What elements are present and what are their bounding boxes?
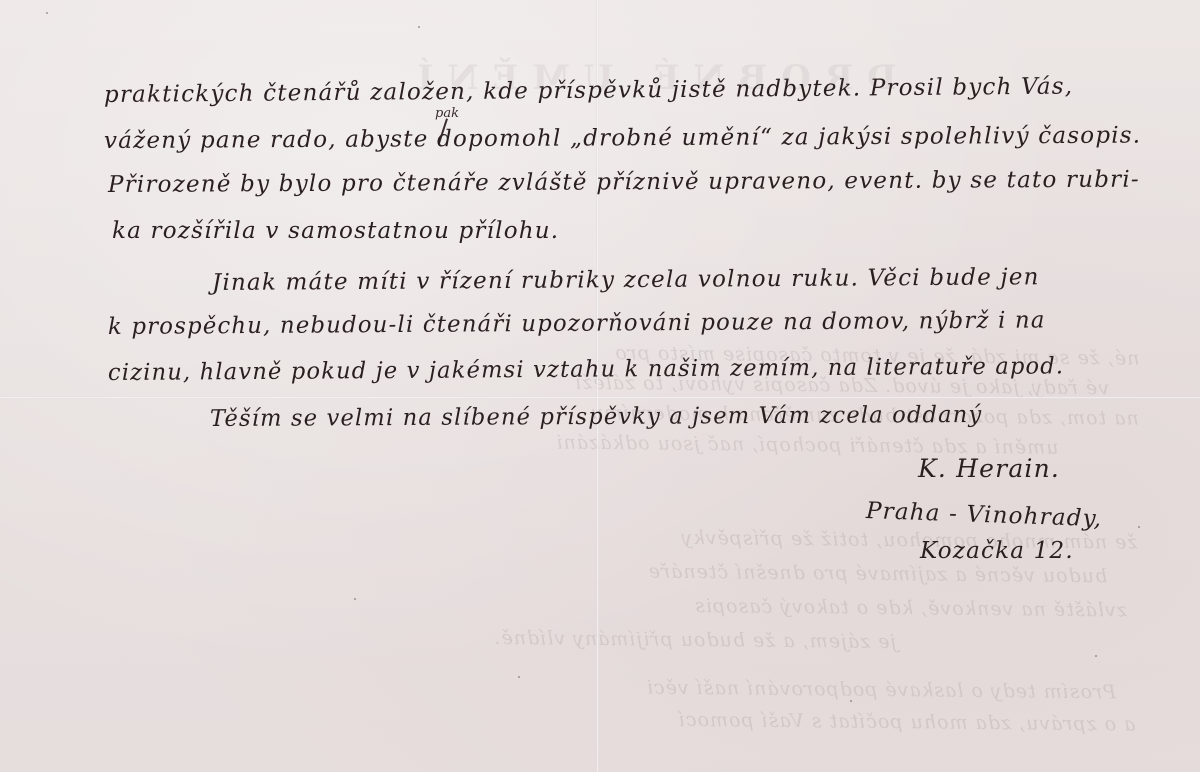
bleed-line: a o zprávu, zda mohu počítat s Vaší pomo…: [678, 709, 1136, 736]
paper-speck: [1095, 655, 1097, 657]
letter-line-2: vážený pane rado, abyste dopomohl „drobn…: [104, 123, 1141, 154]
bleed-line: zvláště na venkově, kde o takový časopis: [694, 595, 1127, 622]
address-line-1: Praha - Vinohrady,: [866, 498, 1103, 532]
address-line-2: Kozačka 12.: [920, 538, 1074, 564]
letter-line-4: ka rozšířila v samostatnou přílohu.: [112, 218, 559, 244]
paper-speck: [850, 700, 852, 702]
reverse-side-bleed-through: né, že se mi zdá, že je v tomto časopise…: [0, 294, 1200, 307]
letter-line-8: Těším se velmi na slíbené příspěvky a js…: [210, 402, 982, 432]
bleed-line: je zájem, a že budou přijímány vlídně.: [493, 627, 896, 653]
letter-line-5: Jinak máte míti v řízení rubriky zcela v…: [212, 264, 1040, 296]
signature: K. Herain.: [918, 454, 1060, 483]
bleed-line: Prosím tedy o laskavé podporování naší v…: [646, 677, 1116, 704]
horizontal-fold-line: [0, 396, 1200, 399]
vertical-fold-line: [596, 0, 599, 772]
paper-speck: [1138, 526, 1140, 528]
letter-line-1: praktických čtenářů založen, kde příspěv…: [104, 74, 1073, 108]
letter-line-3: Přirozeně by bylo pro čtenáře zvláště př…: [108, 167, 1140, 198]
letter-line-6: k prospěchu, nebudou-li čtenáři upozorňo…: [108, 307, 1046, 340]
paper-speck: [418, 26, 420, 28]
paper-speck: [518, 676, 520, 678]
paper-speck: [46, 12, 48, 14]
bleed-line: budou věcné a zajímavé pro dnešní čtenář…: [648, 561, 1108, 588]
scanned-letter-page: DROBNÉ UMĚNÍ né, že se mi zdá, že je v t…: [0, 0, 1200, 772]
paper-speck: [354, 598, 356, 600]
